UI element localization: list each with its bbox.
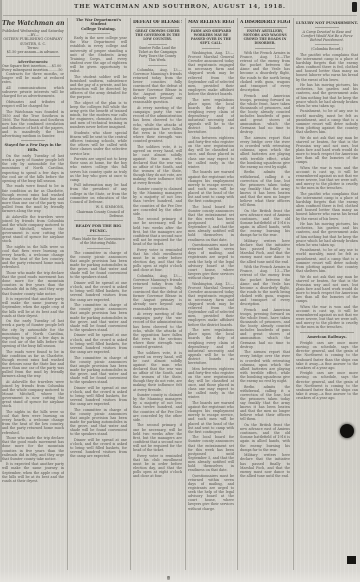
- editorial-heading: LUXURY NOT PUNISHMENT.: [296, 20, 358, 25]
- notice-paragraph: Contracts for three months, or longer wi…: [2, 72, 64, 84]
- paragraph: The new regulations place upon the local…: [188, 328, 234, 365]
- paragraph: Military writers here declare that the i…: [240, 239, 290, 264]
- editorial-body: The pacifist who complains that the inte…: [296, 53, 358, 329]
- paragraph: Columbia, Aug. 13.—Governor Manning's fr…: [133, 274, 182, 311]
- subhead: FARM AND SHIPYARD WORKERS MAY BE PASSED …: [190, 30, 232, 46]
- ad-rates: One Square first insertion......$1.00Eve…: [2, 64, 64, 72]
- paragraph: Freight cars are once more moving on sch…: [296, 341, 358, 370]
- notice-paragraph: All communications which subserve privat…: [2, 86, 64, 98]
- section-divider: [315, 27, 340, 28]
- paragraph: Dinner will be spread at one o'clock, an…: [70, 333, 127, 353]
- paragraph: The soldiers vote, it is agreed on every…: [133, 145, 182, 186]
- paragraph: The nights in the hills were so cool tha…: [2, 245, 64, 270]
- columns-container: The Watchman and Southron. Published Wed…: [2, 18, 358, 570]
- paragraph: Every voter is reminded that his club en…: [133, 248, 182, 273]
- article-body: On the early Tuesday of last week a part…: [2, 154, 64, 483]
- paragraph: Dinner will be spread at one o'clock, an…: [70, 438, 127, 458]
- section-divider: [87, 248, 110, 249]
- paragraph: French and American troops, pressing for…: [240, 308, 290, 349]
- paragraph: Punishment, to be of any use to world mo…: [296, 248, 358, 273]
- paragraph: The pacifist who complains that the inte…: [296, 53, 358, 82]
- paragraph: The second primary, if one be necessary,…: [133, 423, 182, 452]
- section-divider: [74, 220, 123, 221]
- paragraph: On the British front the new advance eas…: [240, 423, 290, 452]
- section-divider: [315, 44, 340, 45]
- article-body: Washington, Aug. 13.—Provost Marshal Gen…: [188, 51, 234, 511]
- paragraph: The object of the plan is to keep the co…: [70, 101, 127, 130]
- section-divider: [21, 140, 46, 141]
- article2-body: The committee in charge of the county pi…: [70, 251, 127, 459]
- paragraph: He has his moving pictures, his orchestr…: [296, 222, 358, 247]
- masthead-title: The Watchman and Southron.: [2, 20, 64, 27]
- section-divider: [148, 65, 168, 66]
- paragraph: Students who show special fitness will b…: [70, 131, 127, 156]
- paragraph: It is expected that another party will m…: [2, 462, 64, 482]
- column-1: The Watchman and Southron. Published Wed…: [2, 18, 64, 570]
- ink-square-artifact: [347, 556, 356, 564]
- article2-heading: READY FOR THE BIG PICNIC.: [70, 223, 127, 233]
- headline: MAY RELIEVE REGISTRANTS.: [188, 20, 234, 25]
- paragraph: Dinner will be spread at one o'clock, an…: [70, 281, 127, 301]
- paragraph: The boards are warned against the regist…: [188, 170, 234, 203]
- paragraph: Full information may be had from the pre…: [70, 183, 127, 203]
- bottom-paper-margin: [0, 571, 360, 582]
- section-divider: [148, 44, 168, 45]
- article2-heading: American Railways.: [298, 335, 356, 339]
- notice-paragraph: Obituaries and tributes of respect will …: [2, 100, 64, 108]
- paragraph: Punishment, to be of any use to world mo…: [296, 109, 358, 134]
- paragraph: The local board for Sumter county announ…: [188, 435, 234, 472]
- paragraph: Men between eighteen and forty-five who …: [188, 136, 234, 169]
- article2-body: Freight cars are once more moving on sch…: [296, 341, 358, 400]
- paragraph: The committee in charge of the county pi…: [70, 303, 127, 332]
- byline: Sumter Folks Laud the Ticket as the Camp…: [135, 47, 180, 63]
- paragraph: On the early Tuesday of last week a part…: [2, 319, 64, 348]
- paragraph: He has his moving pictures, his orchestr…: [296, 83, 358, 108]
- paragraph: At every meeting of the campaign party t…: [133, 106, 182, 143]
- paragraph: On the early Tuesday of last week a part…: [2, 154, 64, 183]
- column-6: LUXURY NOT PUNISHMENT. A Camp Devoted to…: [293, 18, 358, 570]
- newspaper-page: THE WATCHMAN AND SOUTHRON, AUGUST 14, 19…: [0, 0, 360, 582]
- paragraph: At Asheville the travelers were joined b…: [2, 380, 64, 409]
- section-divider: [191, 27, 231, 28]
- paragraph: The committee in charge of the county pi…: [70, 356, 127, 385]
- paragraph: Dinner will be spread at one o'clock, an…: [70, 386, 127, 406]
- paragraph: The student soldier will be furnished un…: [70, 75, 127, 100]
- paragraph: The pacifist who complains that the inte…: [296, 192, 358, 221]
- article-body: Early in the new college year the War De…: [70, 36, 127, 204]
- paragraph: Questionnaires must be returned within s…: [188, 474, 234, 511]
- paragraph: The boards are warned against the regist…: [188, 401, 234, 434]
- article-heading-line: College Training.: [72, 27, 125, 31]
- article-heading-line: The War Department's Student: [72, 18, 125, 27]
- paragraph: It is expected that another party will m…: [2, 297, 64, 317]
- paragraph: The airmen report that every bridge over…: [240, 350, 290, 383]
- section-divider: [244, 27, 287, 28]
- paragraph: We do not ask that any man be starved or…: [296, 275, 358, 304]
- paragraph: Military writers here declare that the i…: [240, 453, 290, 478]
- paragraph: Berlin admits the withdrawal, calling it…: [240, 170, 290, 207]
- signature-block: W. S. SIMMONS,Chairman County Council of…: [70, 205, 127, 217]
- page-header: THE WATCHMAN AND SOUTHRON, AUGUST 14, 19…: [0, 4, 360, 10]
- subhead: ENEMY ARTILLERY, MOTORS AND WAGONS CROWD…: [242, 30, 288, 46]
- paragraph: Those who made the trip declare that the…: [2, 436, 64, 461]
- paragraph: At Asheville the travelers were joined b…: [2, 215, 64, 244]
- article2-subhead: Plans Made for the Convenience of the Mo…: [72, 238, 125, 246]
- paragraph: The committee in charge of the county pi…: [70, 408, 127, 437]
- section-divider: [6, 56, 59, 57]
- paragraph: Parents are urged not to keep their sons…: [70, 157, 127, 182]
- paragraph: The second primary, if one be necessary,…: [133, 217, 182, 246]
- headline: DEFEAT OF BLEASE SURE.: [133, 20, 182, 25]
- section-divider: [87, 235, 110, 236]
- paragraph: The new regulations place upon the local…: [188, 98, 234, 135]
- section-divider: [255, 48, 275, 49]
- paragraph: Questionnaires must be returned within s…: [188, 243, 234, 280]
- masthead-history: The Watchman was founded in 1850 and the…: [2, 110, 64, 139]
- paragraph: Washington, Aug. 13.—Provost Marshal Gen…: [188, 51, 234, 96]
- paragraph: The roads were found to be in fair condi…: [2, 184, 64, 213]
- paragraph: The soldiers vote, it is agreed on every…: [133, 351, 182, 392]
- headline: A DISORDERLY FLIGHT.: [240, 20, 290, 25]
- subhead: GREAT CROWDS CHEER THE GOVERNOR IN THE L…: [135, 30, 180, 42]
- column-5: A DISORDERLY FLIGHT. ENEMY ARTILLERY, MO…: [237, 18, 290, 570]
- column-4: MAY RELIEVE REGISTRANTS. FARM AND SHIPYA…: [185, 18, 234, 570]
- paragraph: With the French Armies in France, Aug. 1…: [240, 51, 290, 92]
- signature-line: Chairman County Council of Defense.: [70, 210, 124, 218]
- column-3: DEFEAT OF BLEASE SURE. GREAT CROWDS CHEE…: [130, 18, 182, 570]
- paragraph: Freight cars are once more moving on sch…: [296, 371, 358, 400]
- corner-ink-mark-artifact: [352, 2, 357, 12]
- column-2: The War Department's StudentCollege Trai…: [67, 18, 127, 570]
- masthead-notices: Contracts for three months, or longer wi…: [2, 72, 64, 108]
- masthead-line: $1.50 per annum—in advance.: [2, 50, 64, 54]
- paragraph: Berlin admits the withdrawal, calling it…: [240, 385, 290, 422]
- paragraph: At every meeting of the campaign party t…: [133, 312, 182, 349]
- article-heading: Stayed for a Few Days in the Hills.: [4, 143, 62, 152]
- paragraph: Columbia, Aug. 13.—Governor Manning's fr…: [133, 68, 182, 105]
- masthead-publication-lines: Published Wednesday and Saturday—BY—OSTE…: [2, 29, 64, 54]
- paragraph: The nights in the hills were so cool tha…: [2, 410, 64, 435]
- article-body: Columbia, Aug. 13.—Governor Manning's fr…: [133, 68, 182, 479]
- paragraph: When the war is won and the account is c…: [296, 166, 358, 191]
- section-divider: [300, 332, 353, 333]
- paragraph: The committee in charge of the county pi…: [70, 251, 127, 280]
- section-divider: [136, 27, 178, 28]
- paragraph: When the war is won and the account is c…: [296, 305, 358, 330]
- section-divider: [202, 48, 220, 49]
- paragraph: With the French Armies in France, Aug. 1…: [240, 265, 290, 306]
- editorial-deck: A Camp Devoted to Ease and Comfort Would…: [298, 30, 356, 42]
- paragraph: Early in the new college year the War De…: [70, 36, 127, 73]
- section-divider: [87, 33, 110, 34]
- header-rule: [3, 15, 357, 16]
- paragraph: The airmen report that every bridge over…: [240, 136, 290, 169]
- paragraph: We do not ask that any man be starved or…: [296, 136, 358, 165]
- paragraph: The roads were found to be in fair condi…: [2, 350, 64, 379]
- article-heading-lines: The War Department's StudentCollege Trai…: [70, 18, 127, 31]
- paragraph: Washington, Aug. 13.—Provost Marshal Gen…: [188, 282, 234, 327]
- article-body: With the French Armies in France, Aug. 1…: [240, 51, 290, 478]
- ink-blot-artifact: [340, 424, 354, 438]
- paragraph: Men between eighteen and forty-five who …: [188, 367, 234, 400]
- paragraph: French and American troops, pressing for…: [240, 94, 290, 135]
- paragraph: Those who made the trip declare that the…: [2, 271, 64, 296]
- paragraph: Sumter county is claimed by the Manning …: [133, 187, 182, 216]
- paragraph: The local board for Sumter county announ…: [188, 205, 234, 242]
- paragraph: Every voter is reminded that his club en…: [133, 454, 182, 479]
- paragraph: On the British front the new advance eas…: [240, 209, 290, 238]
- attribution: (Columbia Record.): [296, 47, 358, 51]
- paragraph: Sumter county is claimed by the Manning …: [133, 393, 182, 422]
